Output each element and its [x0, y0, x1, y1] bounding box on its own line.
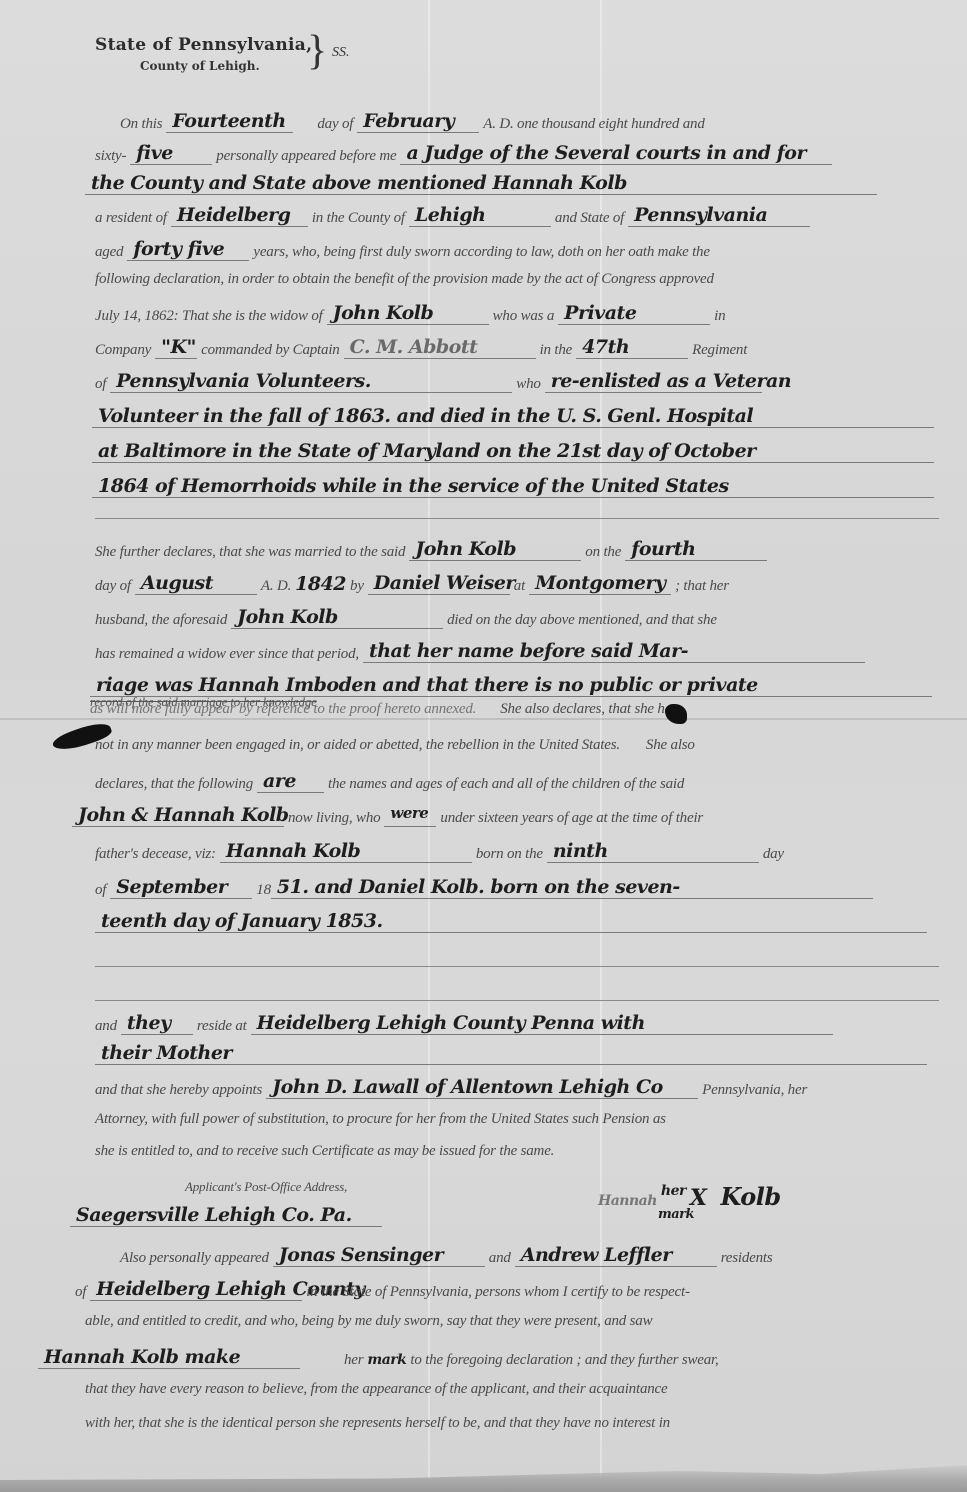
witness-line: Hannah Kolb make her mark to the foregoi…: [38, 1346, 939, 1376]
declaration-line: of Pennsylvania Volunteers. who re-enlis…: [95, 370, 939, 400]
printed-text: July 14, 1862: That she is the widow of: [95, 308, 323, 324]
declaration-line: the County and State above mentioned Han…: [85, 172, 939, 202]
signature-surname: Kolb: [720, 1182, 780, 1211]
handwritten-second-child: teenth day of January 1853.: [95, 910, 927, 933]
printed-text: of: [95, 376, 106, 392]
printed-text: that they have every reason to believe, …: [85, 1381, 667, 1397]
handwritten-maiden-name-note: that her name before said Mar-: [363, 640, 865, 663]
handwritten-witness-2: Andrew Leffler: [515, 1244, 717, 1267]
printed-text: reside at: [197, 1018, 247, 1034]
printed-text: now living, who: [288, 810, 380, 826]
blank-rule: [95, 518, 939, 519]
printed-text: A. D.: [261, 578, 291, 594]
state-heading: State of Pennsylvania,: [95, 35, 312, 55]
handwritten-marriage-year: 1842: [295, 573, 346, 595]
printed-text: born on the: [476, 846, 543, 862]
handwritten-husband-name: John Kolb: [327, 302, 489, 325]
printed-text: Applicant's Post-Office Address,: [185, 1179, 347, 1194]
ss-label: SS.: [332, 45, 350, 61]
children-line: father's decease, viz: Hannah Kolb born …: [95, 840, 939, 870]
post-office-line: Saegersville Lehigh Co. Pa.: [70, 1204, 382, 1234]
attorney-line: she is entitled to, and to receive such …: [95, 1142, 939, 1172]
printed-text: Pennsylvania, her: [702, 1082, 807, 1098]
handwritten-mark: mark: [367, 1352, 406, 1368]
printed-text: day of: [317, 116, 353, 132]
handwritten-attorney: John D. Lawall of Allentown Lehigh Co: [266, 1076, 698, 1099]
handwritten-with-mother: their Mother: [95, 1042, 927, 1065]
printed-text: day: [763, 846, 784, 862]
residence-line: and they reside at Heidelberg Lehigh Cou…: [95, 1012, 939, 1042]
printed-text: under sixteen years of age at the time o…: [440, 810, 703, 826]
printed-text: sixty-: [95, 148, 126, 164]
marriage-line: declares, that the following are the nam…: [95, 770, 939, 800]
printed-text: She further declares, that she was marri…: [95, 544, 405, 560]
marriage-line: record of the said marriage to her knowl…: [90, 700, 939, 730]
printed-text: a resident of: [95, 210, 167, 226]
handwritten-captain: C. M. Abbott: [344, 336, 536, 359]
signature-name: Hannah: [598, 1193, 657, 1209]
printed-text: On this: [120, 116, 162, 132]
printed-text: of the said: [624, 776, 684, 792]
handwritten-witness-residence: Heidelberg Lehigh County: [90, 1278, 302, 1301]
printed-text: died on the day above mentioned, and tha…: [447, 612, 717, 628]
marriage-line: She further declares, that she was marri…: [95, 538, 939, 568]
witness-line: of Heidelberg Lehigh County in the State…: [75, 1278, 939, 1308]
handwritten-husband-name: John Kolb: [231, 606, 443, 629]
handwritten-they: they: [121, 1012, 193, 1035]
printed-text: following declaration, in order to obtai…: [95, 271, 714, 287]
handwritten-service-note: Volunteer in the fall of 1863. and died …: [92, 405, 934, 428]
handwritten-state: Pennsylvania: [628, 204, 810, 227]
pension-declaration-page: State of Pennsylvania, County of Lehigh.…: [0, 0, 967, 1492]
printed-text: and that she hereby appoints: [95, 1082, 262, 1098]
handwritten-county: Lehigh: [409, 204, 551, 227]
handwritten-witness-1: Jonas Sensinger: [273, 1244, 485, 1267]
handwritten-year: five: [130, 142, 212, 165]
declaration-line: aged forty five years, who, being first …: [95, 238, 939, 268]
handwritten-death-cause: 1864 of Hemorrhoids while in the service…: [92, 475, 934, 498]
torn-bottom-edge: [0, 1462, 967, 1492]
witness-line: with her, that she is the identical pers…: [85, 1414, 939, 1444]
handwritten-rank: Private: [558, 302, 710, 325]
printed-text: Regiment: [692, 342, 747, 358]
handwritten-day: Fourteenth: [166, 110, 293, 133]
children-line: John & Hannah Kolb now living, who were …: [72, 804, 939, 834]
handwritten-marriage-month: August: [135, 572, 257, 595]
handwritten-month: February: [357, 110, 479, 133]
printed-text: day of: [95, 578, 131, 594]
marriage-line: has remained a widow ever since that per…: [95, 640, 939, 670]
printed-text: She also declares, that she has: [500, 701, 677, 717]
handwritten-officiant: Daniel Weiser: [368, 572, 510, 595]
printed-text: She also: [646, 737, 695, 753]
printed-text: of: [75, 1284, 86, 1300]
handwritten-children-residence: Heidelberg Lehigh County Penna with: [251, 1012, 833, 1035]
marriage-line: not in any manner been engaged in, or ai…: [95, 736, 939, 766]
printed-text: ; that her: [675, 578, 729, 594]
signature-her: her: [661, 1183, 686, 1199]
applicant-signature: Hannah her X Kolb mark: [598, 1182, 781, 1222]
handwritten-residence: Heidelberg: [171, 204, 308, 227]
printed-text: aged: [95, 244, 123, 260]
printed-text: at: [514, 578, 525, 594]
handwritten-applicant-name: the County and State above mentioned Han…: [85, 172, 877, 195]
children-line: of September 1851. and Daniel Kolb. born…: [95, 876, 939, 906]
printed-text: by: [350, 578, 364, 594]
printed-text: on the: [585, 544, 621, 560]
printed-text: commanded by Captain: [201, 342, 339, 358]
printed-text: 18: [256, 882, 271, 898]
witness-line: Also personally appeared Jonas Sensinger…: [120, 1244, 939, 1274]
printed-text: Attorney, with full power of substitutio…: [95, 1111, 666, 1127]
printed-text: able, and entitled to credit, and who, b…: [85, 1313, 652, 1329]
declaration-line: at Baltimore in the State of Maryland on…: [92, 440, 939, 470]
printed-text: personally appeared before me: [216, 148, 396, 164]
printed-text: in the State of Pennsylvania, persons wh…: [306, 1284, 689, 1300]
handwritten-regiment: 47th: [576, 336, 688, 359]
printed-text: father's decease, viz:: [95, 846, 216, 862]
printed-text: not in any manner been engaged in, or ai…: [95, 737, 620, 753]
handwritten-company: "K": [155, 336, 197, 359]
handwritten-are: are: [257, 770, 324, 793]
handwritten-officer: a Judge of the Several courts in and for: [400, 142, 832, 165]
printed-text: to the foregoing declaration ; and they …: [410, 1352, 718, 1368]
handwritten-were: were: [384, 804, 436, 827]
declaration-line: Company "K" commanded by Captain C. M. A…: [95, 336, 939, 366]
children-line: teenth day of January 1853.: [95, 910, 939, 940]
printed-text: years, who, being first duly sworn accor…: [253, 244, 709, 260]
declaration-line: a resident of Heidelberg in the County o…: [95, 204, 939, 234]
handwritten-unit: Pennsylvania Volunteers.: [110, 370, 512, 393]
handwritten-service-note: re-enlisted as a Veteran: [545, 370, 762, 393]
marriage-line: day of August A. D. 1842 by Daniel Weise…: [95, 572, 939, 602]
blank-rule: [95, 966, 939, 967]
declaration-line: 1864 of Hemorrhoids while in the service…: [92, 475, 939, 505]
handwritten-parents: John & Hannah Kolb: [72, 804, 284, 827]
witness-line: that they have every reason to believe, …: [85, 1380, 939, 1410]
handwritten-age: forty five: [127, 238, 249, 261]
county-heading: County of Lehigh.: [140, 59, 312, 73]
handwritten-child-birth-month: September: [110, 876, 252, 899]
handwritten-marriage-place: Montgomery: [529, 572, 671, 595]
handwritten-marriage-day: fourth: [625, 538, 767, 561]
printed-text: and State of: [555, 210, 624, 226]
handwritten-child-birth-year: 51. and Daniel Kolb. born on the seven-: [271, 876, 873, 899]
declaration-line: sixty- five personally appeared before m…: [95, 142, 939, 172]
blank-rule: [95, 1000, 939, 1001]
handwritten-husband-name: John Kolb: [409, 538, 581, 561]
handwritten-child-birth-day: ninth: [547, 840, 759, 863]
printed-text: residents: [721, 1250, 773, 1266]
declaration-line: Volunteer in the fall of 1863. and died …: [92, 405, 939, 435]
printed-text: declares, that the following: [95, 776, 253, 792]
printed-text: who was a: [493, 308, 555, 324]
declaration-line: July 14, 1862: That she is the widow of …: [95, 302, 939, 332]
printed-text: and: [489, 1250, 511, 1266]
printed-text: has remained a widow ever since that per…: [95, 646, 359, 662]
printed-text: Company: [95, 342, 151, 358]
attorney-line: and that she hereby appoints John D. Law…: [95, 1076, 939, 1106]
document-header: State of Pennsylvania, County of Lehigh.: [95, 35, 312, 73]
printed-text: A. D. one thousand eight hundred and: [483, 116, 704, 132]
declaration-line: On this Fourteenth day of February A. D.…: [120, 110, 939, 140]
printed-text: she is entitled to, and to receive such …: [95, 1143, 554, 1159]
handwritten-death-place: at Baltimore in the State of Maryland on…: [92, 440, 934, 463]
printed-text: husband, the aforesaid: [95, 612, 227, 628]
printed-text: with her, that she is the identical pers…: [85, 1415, 670, 1431]
printed-text: as will more fully appear by reference t…: [90, 701, 476, 717]
handwritten-post-office: Saegersville Lehigh Co. Pa.: [70, 1204, 382, 1227]
declaration-line: following declaration, in order to obtai…: [95, 270, 939, 300]
printed-text: who: [516, 376, 540, 392]
printed-text: in the County of: [312, 210, 405, 226]
printed-text: of: [95, 882, 106, 898]
witness-line: able, and entitled to credit, and who, b…: [85, 1312, 939, 1342]
handwritten-applicant-make: Hannah Kolb make: [38, 1346, 300, 1369]
residence-line: their Mother: [95, 1042, 939, 1072]
printed-text: in the: [540, 342, 573, 358]
printed-text: Also personally appeared: [120, 1250, 269, 1266]
brace-glyph: }: [307, 30, 327, 72]
attorney-line: Attorney, with full power of substitutio…: [95, 1110, 939, 1140]
printed-text: the names and ages of each and all of th…: [328, 776, 620, 792]
handwritten-child-name: Hannah Kolb: [220, 840, 472, 863]
printed-text: in: [714, 308, 725, 324]
printed-text: and: [95, 1018, 117, 1034]
printed-text: her: [344, 1352, 363, 1368]
marriage-line: husband, the aforesaid John Kolb died on…: [95, 606, 939, 636]
